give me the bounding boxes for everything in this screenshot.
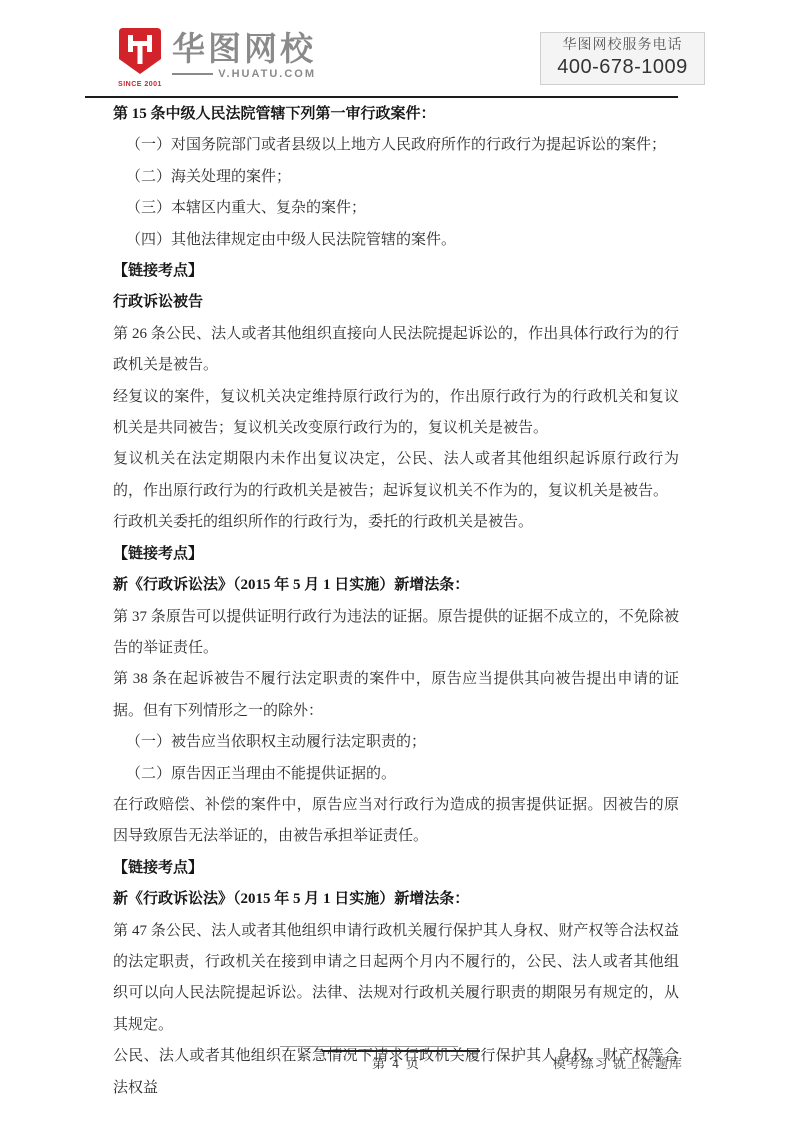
- list-item: （二）原告因正当理由不能提供证据的。: [113, 759, 679, 790]
- brand-underline: [172, 73, 213, 75]
- logo-since-label: SINCE 2001: [118, 81, 162, 88]
- brand-domain-row: V.HUATU.COM: [172, 68, 316, 80]
- logo-shield-block: SINCE 2001: [118, 28, 162, 88]
- list-item: （二）海关处理的案件；: [113, 162, 679, 193]
- service-phone-label: 华图网校服务电话: [563, 38, 683, 55]
- section-heading: 【链接考点】: [113, 539, 679, 570]
- brand-name: 华图网校: [172, 32, 316, 65]
- section-heading: 第 15 条中级人民法院管辖下列第一审行政案件：: [113, 99, 679, 130]
- body-paragraph: 在行政赔偿、补偿的案件中，原告应当对行政行为造成的损害提供证据。因被告的原因导致…: [113, 790, 679, 853]
- body-paragraph: 行政机关委托的组织所作的行政行为，委托的行政机关是被告。: [113, 507, 679, 538]
- document-body: 第 15 条中级人民法院管辖下列第一审行政案件：（一）对国务院部门或者县级以上地…: [113, 99, 679, 1104]
- footer-slogan: 模考练习 就上砖题库: [553, 1053, 683, 1072]
- list-item: （三）本辖区内重大、复杂的案件；: [113, 193, 679, 224]
- section-heading: 新《行政诉讼法》（2015 年 5 月 1 日实施）新增法条：: [113, 884, 679, 915]
- footer-divider-thin: [280, 1046, 458, 1047]
- body-paragraph: 经复议的案件，复议机关决定维持原行政行为的，作出原行政行为的行政机关和复议机关是…: [113, 382, 679, 445]
- list-item: （四）其他法律规定由中级人民法院管辖的案件。: [113, 225, 679, 256]
- list-item: （一）对国务院部门或者县级以上地方人民政府所作的行政行为提起诉讼的案件；: [113, 130, 679, 161]
- header-divider: [85, 96, 678, 98]
- document-page: SINCE 2001 华图网校 V.HUATU.COM 华图网校服务电话 400…: [0, 0, 793, 1122]
- brand-domain: V.HUATU.COM: [218, 68, 316, 80]
- service-phone-number: 400-678-1009: [557, 55, 688, 79]
- section-heading: 新《行政诉讼法》（2015 年 5 月 1 日实施）新增法条：: [113, 570, 679, 601]
- huatu-logo: SINCE 2001 华图网校 V.HUATU.COM: [118, 28, 316, 88]
- footer-divider-thick: [322, 1050, 480, 1052]
- section-heading: 【链接考点】: [113, 853, 679, 884]
- body-paragraph: 第 38 条在起诉被告不履行法定职责的案件中，原告应当提供其向被告提出申请的证据…: [113, 664, 679, 727]
- body-paragraph: 复议机关在法定期限内未作出复议决定，公民、法人或者其他组织起诉原行政行为的，作出…: [113, 444, 679, 507]
- body-paragraph: 第 26 条公民、法人或者其他组织直接向人民法院提起诉讼的，作出具体行政行为的行…: [113, 319, 679, 382]
- body-paragraph: 第 37 条原告可以提供证明行政行为违法的证据。原告提供的证据不成立的，不免除被…: [113, 602, 679, 665]
- body-paragraph: 第 47 条公民、法人或者其他组织申请行政机关履行保护其人身权、财产权等合法权益…: [113, 916, 679, 1042]
- section-heading: 【链接考点】: [113, 256, 679, 287]
- logo-text-block: 华图网校 V.HUATU.COM: [172, 32, 316, 80]
- service-phone-box: 华图网校服务电话 400-678-1009: [540, 32, 705, 85]
- list-item: （一）被告应当依职权主动履行法定职责的；: [113, 727, 679, 758]
- section-heading: 行政诉讼被告: [113, 287, 679, 318]
- huatu-shield-icon: [119, 28, 161, 79]
